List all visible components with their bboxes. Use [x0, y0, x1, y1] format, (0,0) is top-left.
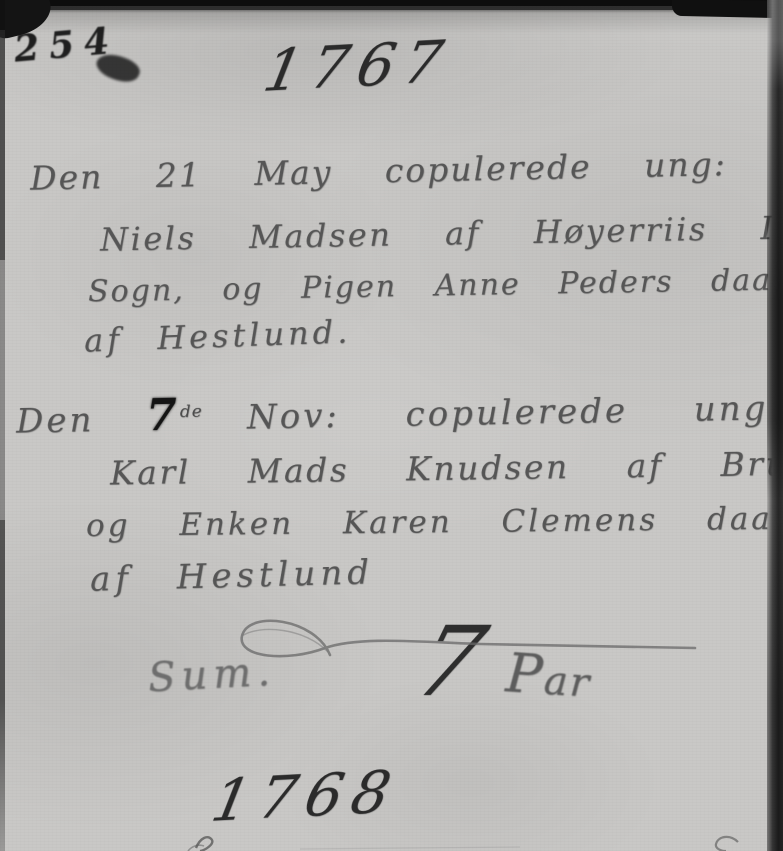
entry1-line4: af Hestlund.: [83, 312, 351, 359]
entry2-line2: Karl Mads Knudsen af Brunberg: [110, 442, 783, 492]
entry2-date-prefix: Den: [16, 400, 95, 441]
scan-border-left: [0, 0, 5, 851]
entry1-line3: Sogn, og Pigen Anne Peders daatter: [88, 261, 783, 309]
entry1-line2: Niels Madsen af Høyerriis Ikast: [100, 207, 783, 258]
sum-flourish-stroke: [120, 600, 720, 680]
cut-off-line-strokes: [0, 828, 783, 851]
entry1-line1: Den 21 May copulerede ung: Karl: [30, 141, 783, 197]
entry2-date-rest: Nov: copulerede ung: [247, 388, 769, 437]
entry2-line4: af Hestlund: [90, 552, 375, 599]
entry2-line3: og Enken Karen Clemens daatter: [86, 500, 783, 544]
document-page: 254 1767 Den 21 May copulerede ung: Karl…: [0, 0, 783, 851]
next-year-heading: 1768: [206, 757, 405, 835]
entry2-date-ordinal: de: [180, 402, 203, 422]
year-heading: 1767: [258, 27, 457, 105]
entry2-line1: Den7deNov: copulerede ung: [16, 379, 769, 443]
scan-border-top: [0, 0, 783, 13]
entry2-date-day: 7: [146, 390, 181, 442]
scan-border-right: [767, 0, 783, 851]
